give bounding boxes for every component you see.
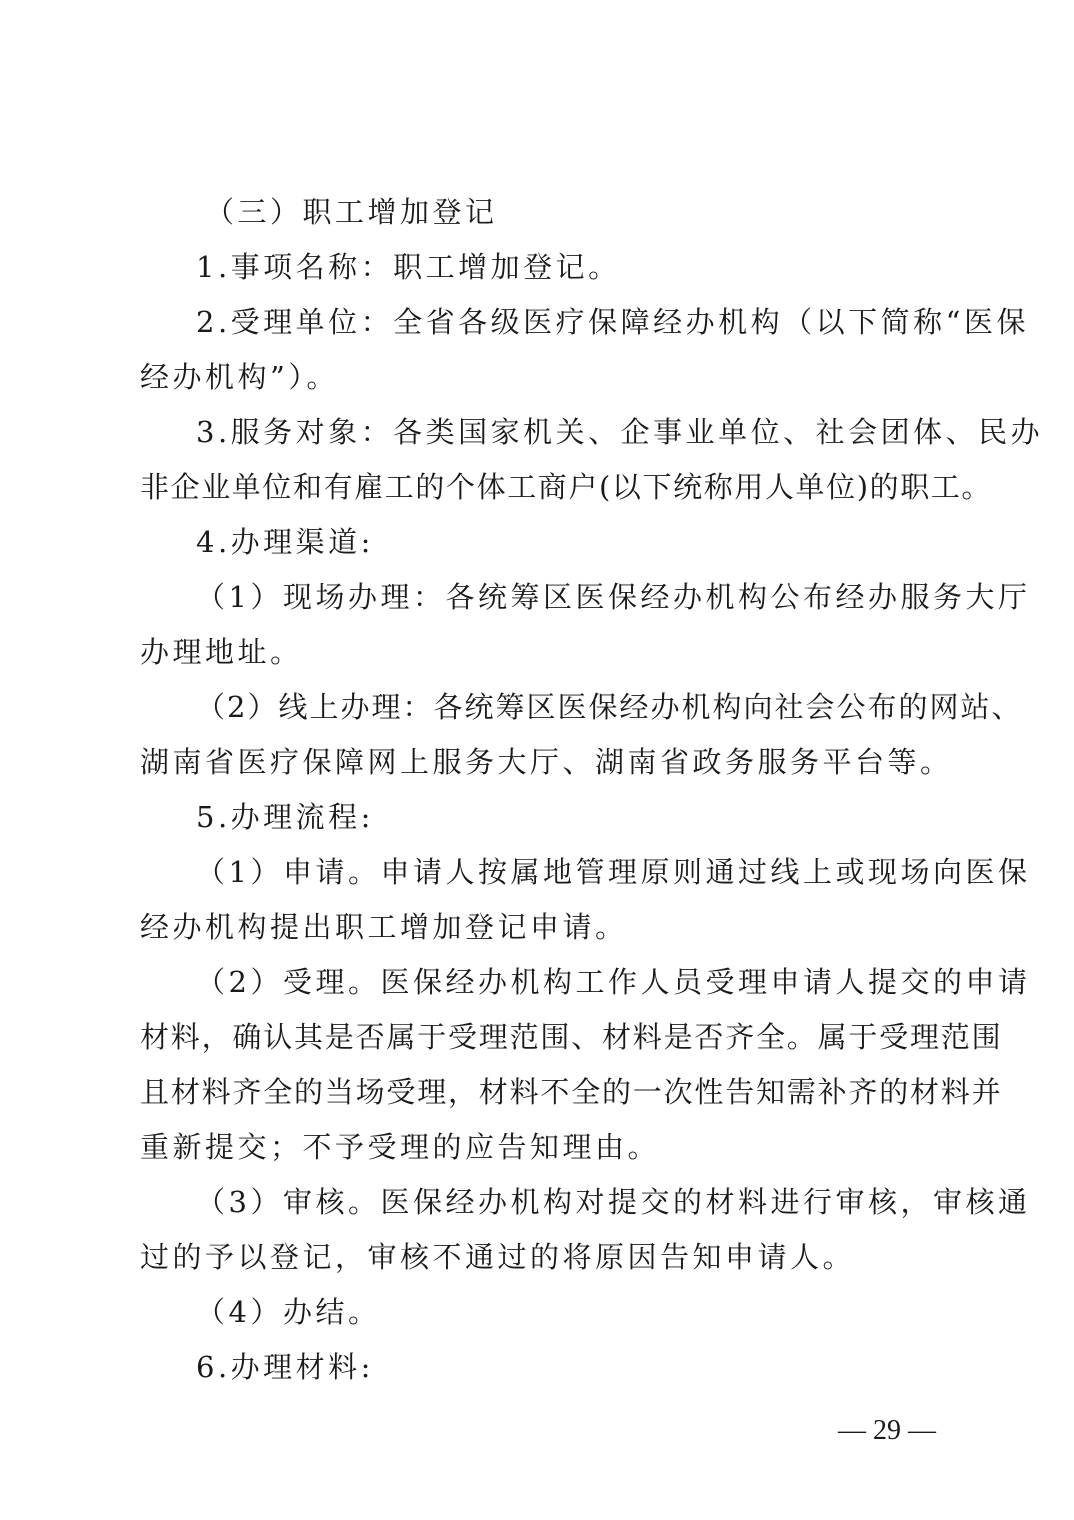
section-heading: （三）职工增加登记 xyxy=(205,192,1005,232)
process-accept-line-3: 且材料齐全的当场受理，材料不全的一次性告知需补齐的材料并 xyxy=(140,1072,940,1112)
service-target-paragraph-line-1: 3.服务对象：各类国家机关、企事业单位、社会团体、民办 xyxy=(196,412,940,452)
item-name-paragraph: 1.事项名称：职工增加登记。 xyxy=(196,247,940,287)
process-apply-line-2: 经办机构提出职工增加登记申请。 xyxy=(140,907,940,947)
process-heading: 5.办理流程: xyxy=(196,797,940,837)
process-accept-line-1: （2）受理。医保经办机构工作人员受理申请人提交的申请 xyxy=(196,962,940,1002)
accepting-unit-paragraph-line-1: 2.受理单位：全省各级医疗保障经办机构（以下简称“医保 xyxy=(196,302,940,342)
process-review-line-2: 过的予以登记，审核不通过的将原因告知申请人。 xyxy=(140,1237,940,1277)
onsite-channel-line-2: 办理地址。 xyxy=(140,632,940,672)
process-complete-line: （4）办结。 xyxy=(196,1292,940,1332)
online-channel-line-2: 湖南省医疗保障网上服务大厅、湖南省政务服务平台等。 xyxy=(140,742,940,782)
accepting-unit-paragraph-line-2: 经办机构”）。 xyxy=(140,357,940,397)
process-accept-line-4: 重新提交；不予受理的应告知理由。 xyxy=(140,1127,940,1167)
document-page: （三）职工增加登记 1.事项名称：职工增加登记。 2.受理单位：全省各级医疗保障… xyxy=(0,0,1074,1520)
process-review-line-1: （3）审核。医保经办机构对提交的材料进行审核，审核通 xyxy=(196,1182,940,1222)
online-channel-line-1: （2）线上办理：各统筹区医保经办机构向社会公布的网站、 xyxy=(196,687,940,727)
materials-heading: 6.办理材料: xyxy=(196,1347,940,1387)
process-apply-line-1: （1）申请。申请人按属地管理原则通过线上或现场向医保 xyxy=(196,852,940,892)
channels-heading: 4.办理渠道: xyxy=(196,522,940,562)
process-accept-line-2: 材料，确认其是否属于受理范围、材料是否齐全。属于受理范围 xyxy=(140,1017,940,1057)
service-target-paragraph-line-2: 非企业单位和有雇工的个体工商户(以下统称用人单位)的职工。 xyxy=(140,467,940,507)
page-number: — 29 — xyxy=(838,1413,936,1449)
onsite-channel-line-1: （1）现场办理：各统筹区医保经办机构公布经办服务大厅 xyxy=(196,577,940,617)
